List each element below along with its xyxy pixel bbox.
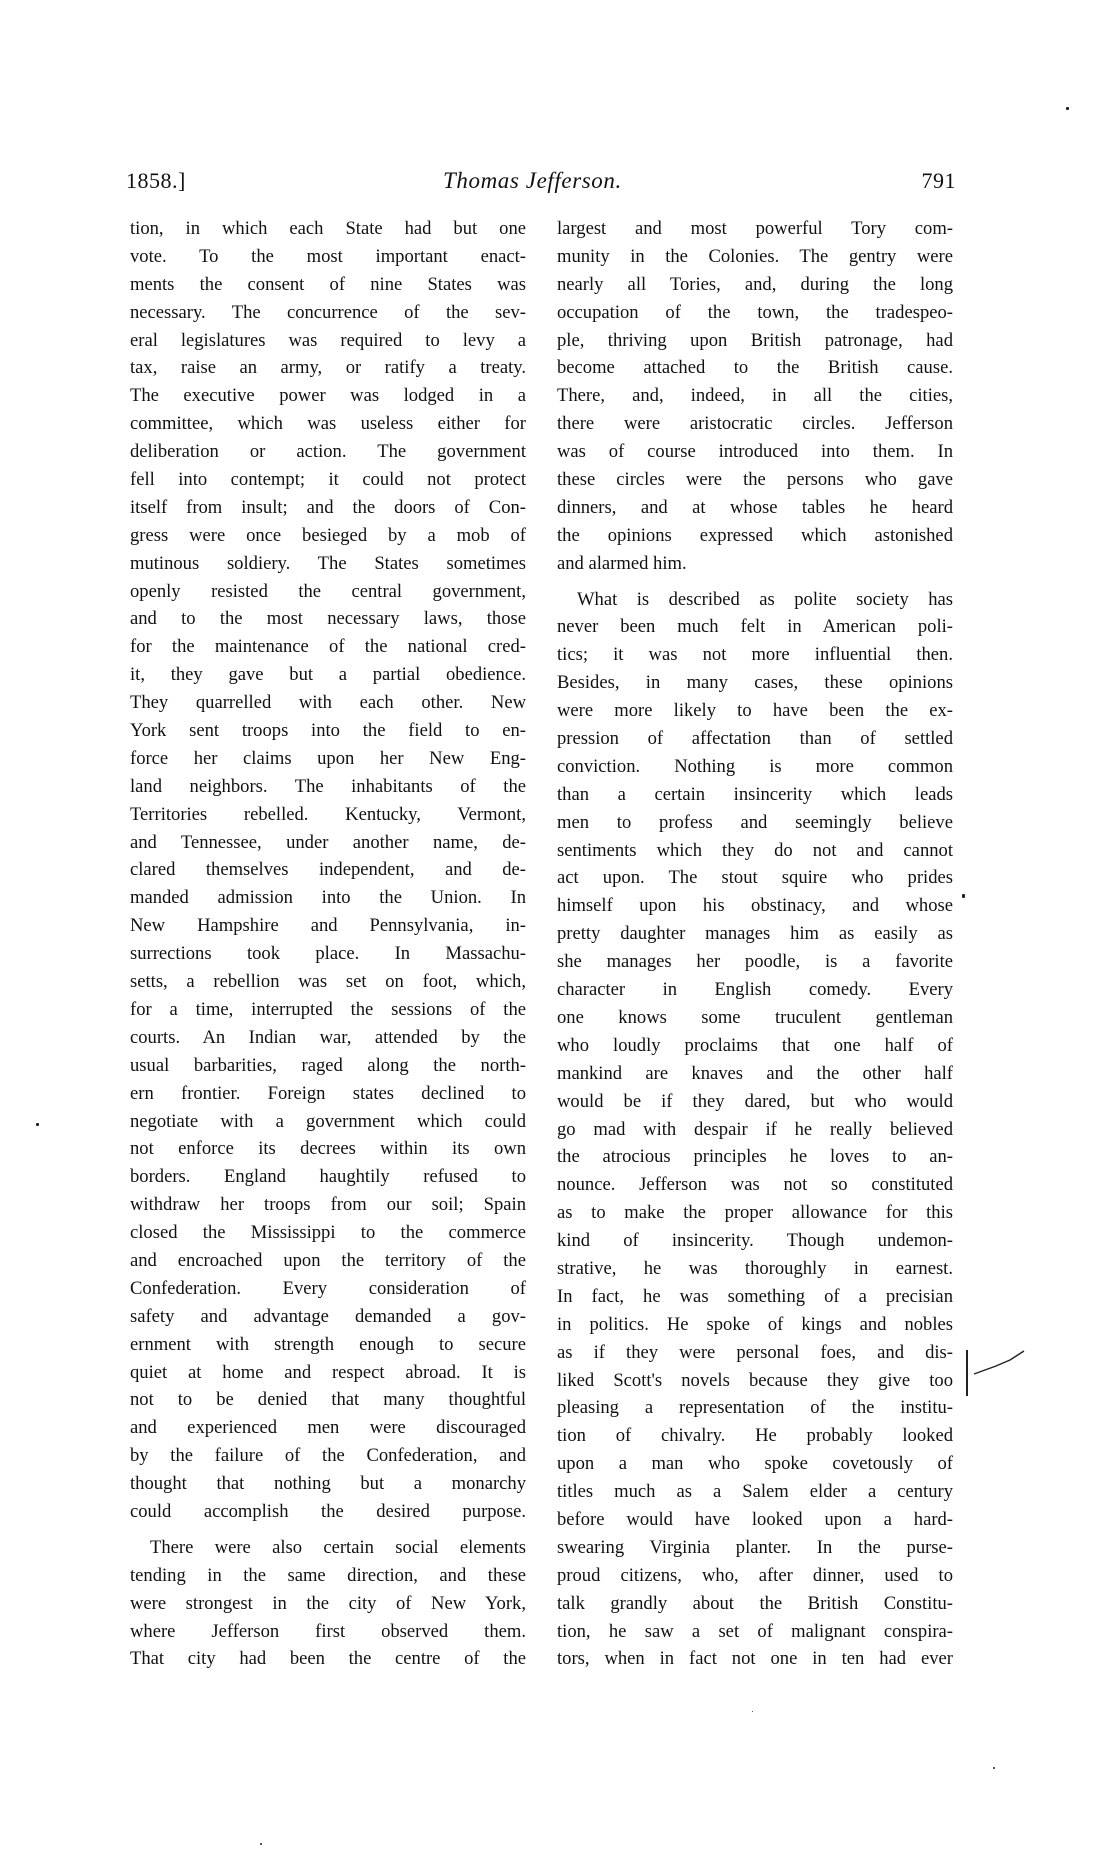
text-line: land neighbors. The inhabitants of the [130,773,526,801]
text-line: necessary. The concurrence of the sev- [130,299,526,327]
ink-speck [1066,107,1069,110]
text-line: ments the consent of nine States was [130,271,526,299]
text-line: himself upon his obstinacy, and whose [557,892,953,920]
text-line: tics; it was not more influential then. [557,641,953,669]
text-line: and Tennessee, under another name, de- [130,829,526,857]
text-line: mutinous soldiery. The States sometimes [130,550,526,578]
text-line: the atrocious principles he loves to an- [557,1143,953,1171]
text-line: upon a man who spoke covetously of [557,1450,953,1478]
text-line: pression of affectation than of settled [557,725,953,753]
text-line: act upon. The stout squire who prides [557,864,953,892]
text-line: and encroached upon the territory of the [130,1247,526,1275]
text-line: as if they were personal foes, and dis- [557,1339,953,1367]
text-line: sentiments which they do not and cannot [557,837,953,865]
header-year: 1858.] [126,168,186,194]
paragraph-gap [130,1526,526,1534]
text-line: eral legislatures was required to levy a [130,327,526,355]
text-line: were strongest in the city of New York, [130,1590,526,1618]
text-line: swearing Virginia planter. In the purse- [557,1534,953,1562]
text-line: kind of insincerity. Though undemon- [557,1227,953,1255]
text-line: occupation of the town, the tradespeo- [557,299,953,327]
ink-speck [260,1843,262,1845]
text-line: courts. An Indian war, attended by the [130,1024,526,1052]
text-line: borders. England haughtily refused to [130,1163,526,1191]
text-line: talk grandly about the British Constitu- [557,1590,953,1618]
text-line: Besides, in many cases, these opinions [557,669,953,697]
text-line: nearly all Tories, and, during the long [557,271,953,299]
text-line: were more likely to have been the ex- [557,697,953,725]
text-line: thought that nothing but a monarchy [130,1470,526,1498]
text-line: closed the Mississippi to the commerce [130,1219,526,1247]
margin-bracket-mark [966,1350,968,1396]
text-line: before would have looked upon a hard- [557,1506,953,1534]
text-line: pleasing a representation of the institu… [557,1394,953,1422]
text-line: strative, he was thoroughly in earnest. [557,1255,953,1283]
text-line: tors, when in fact not one in ten had ev… [557,1645,953,1673]
text-line: would be if they dared, but who would [557,1088,953,1116]
text-line: and to the most necessary laws, those [130,605,526,633]
text-line: nounce. Jefferson was not so constituted [557,1171,953,1199]
text-line: setts, a rebellion was set on foot, whic… [130,968,526,996]
ink-speck [962,894,965,898]
text-line: negotiate with a government which could [130,1108,526,1136]
text-line: manded admission into the Union. In [130,884,526,912]
text-line: titles much as a Salem elder a century [557,1478,953,1506]
text-line: largest and most powerful Tory com- [557,215,953,243]
text-line: these circles were the persons who gave [557,466,953,494]
text-line: dinners, and at whose tables he heard [557,494,953,522]
text-line: pretty daughter manages him as easily as [557,920,953,948]
text-line: in politics. He spoke of kings and noble… [557,1311,953,1339]
text-line: munity in the Colonies. The gentry were [557,243,953,271]
text-line: tion, in which each State had but one [130,215,526,243]
text-line: was of course introduced into them. In [557,438,953,466]
text-line: not enforce its decrees within its own [130,1135,526,1163]
text-line: become attached to the British cause. [557,354,953,382]
text-line: who loudly proclaims that one half of [557,1032,953,1060]
text-line: gress were once besieged by a mob of [130,522,526,550]
text-line: tax, raise an army, or ratify a treaty. [130,354,526,382]
right-text-column: largest and most powerful Tory com-munit… [557,215,953,1673]
paragraph-gap [557,578,953,586]
text-line: character in English comedy. Every [557,976,953,1004]
text-line: New Hampshire and Pennsylvania, in- [130,912,526,940]
text-line: by the failure of the Confederation, and [130,1442,526,1470]
text-line: go mad with despair if he really believe… [557,1116,953,1144]
text-line: for a time, interrupted the sessions of … [130,996,526,1024]
text-line: Confederation. Every consideration of [130,1275,526,1303]
running-header: 1858.] Thomas Jefferson. 791 [126,168,956,200]
text-line: quiet at home and respect abroad. It is [130,1359,526,1387]
text-line: as to make the proper allowance for this [557,1199,953,1227]
text-line: the opinions expressed which astonished [557,522,953,550]
text-line: usual barbarities, raged along the north… [130,1052,526,1080]
text-line: What is described as polite society has [557,586,953,614]
text-line: liked Scott's novels because they give t… [557,1367,953,1395]
text-line: vote. To the most important enact- [130,243,526,271]
text-line: proud citizens, who, after dinner, used … [557,1562,953,1590]
text-line: There, and, indeed, in all the cities, [557,382,953,410]
text-line: surrections took place. In Massachu- [130,940,526,968]
text-line: ple, thriving upon British patronage, ha… [557,327,953,355]
ink-speck [752,1711,753,1712]
text-line: committee, which was useless either for [130,410,526,438]
text-line: They quarrelled with each other. New [130,689,526,717]
text-line: there were aristocratic circles. Jeffers… [557,410,953,438]
margin-pen-stroke-icon [972,1348,1028,1378]
text-line: could accomplish the desired purpose. [130,1498,526,1526]
text-line: and alarmed him. [557,550,953,578]
text-line: tion of chivalry. He probably looked [557,1422,953,1450]
text-line: ern frontier. Foreign states declined to [130,1080,526,1108]
ink-speck [36,1123,39,1126]
text-line: In fact, he was something of a precisian [557,1283,953,1311]
left-text-column: tion, in which each State had but onevot… [130,215,526,1673]
text-line: men to profess and seemingly believe [557,809,953,837]
text-line: and experienced men were discouraged [130,1414,526,1442]
header-title: Thomas Jefferson. [443,168,622,194]
text-line: never been much felt in American poli- [557,613,953,641]
ink-speck [993,1767,995,1769]
page-number: 791 [922,168,957,194]
text-line: That city had been the centre of the [130,1645,526,1673]
text-line: York sent troops into the field to en- [130,717,526,745]
text-line: ernment with strength enough to secure [130,1331,526,1359]
text-line: mankind are knaves and the other half [557,1060,953,1088]
text-line: force her claims upon her New Eng- [130,745,526,773]
text-line: than a certain insincerity which leads [557,781,953,809]
text-line: where Jefferson first observed them. [130,1618,526,1646]
text-line: Territories rebelled. Kentucky, Vermont, [130,801,526,829]
text-line: not to be denied that many thoughtful [130,1386,526,1414]
text-line: conviction. Nothing is more common [557,753,953,781]
text-line: There were also certain social elements [130,1534,526,1562]
text-line: deliberation or action. The government [130,438,526,466]
text-line: for the maintenance of the national cred… [130,633,526,661]
text-line: it, they gave but a partial obedience. [130,661,526,689]
text-line: safety and advantage demanded a gov- [130,1303,526,1331]
text-line: tending in the same direction, and these [130,1562,526,1590]
text-line: one knows some truculent gentleman [557,1004,953,1032]
text-line: withdraw her troops from our soil; Spain [130,1191,526,1219]
text-line: The executive power was lodged in a [130,382,526,410]
text-line: she manages her poodle, is a favorite [557,948,953,976]
text-line: tion, he saw a set of malignant conspira… [557,1618,953,1646]
text-line: clared themselves independent, and de- [130,856,526,884]
text-line: openly resisted the central government, [130,578,526,606]
text-line: itself from insult; and the doors of Con… [130,494,526,522]
text-line: fell into contempt; it could not protect [130,466,526,494]
